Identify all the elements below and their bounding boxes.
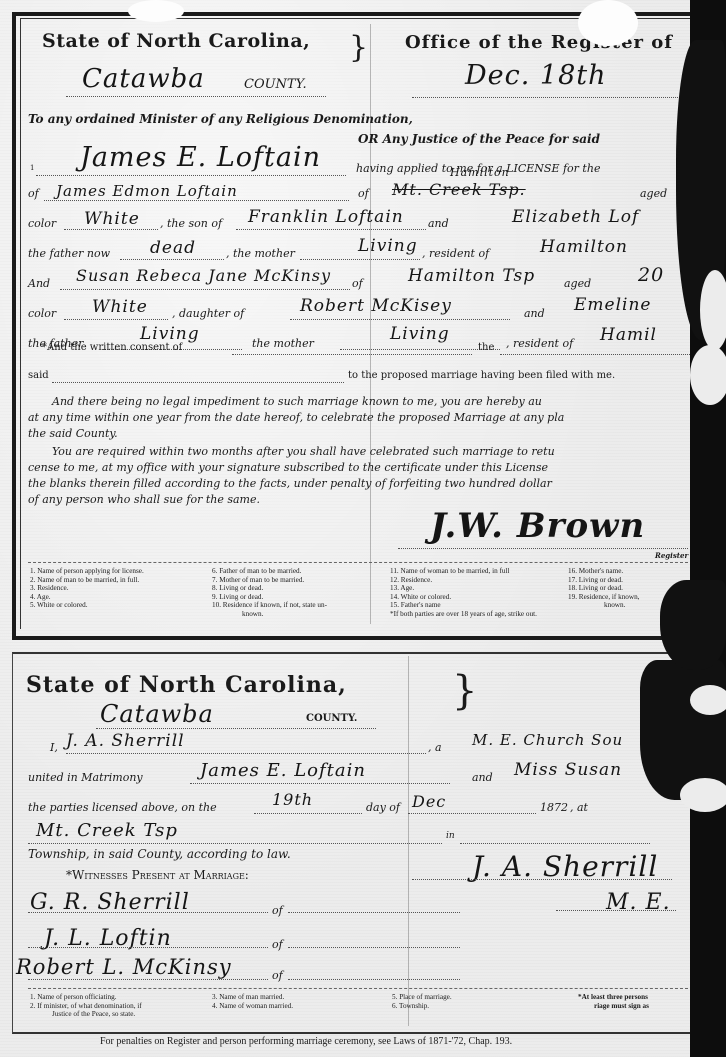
certificate-state-heading: State of North Carolina, bbox=[26, 672, 347, 698]
officiant-signature-title: M. E. bbox=[606, 890, 671, 915]
groom-color: White bbox=[84, 209, 140, 229]
groom-parents-residence: Hamilton bbox=[540, 237, 628, 257]
license-legend-col-4: 16. Mother's name.17. Living or dead.18.… bbox=[568, 567, 639, 610]
applicant-name: James E. Loftain bbox=[80, 142, 321, 173]
consent-line-2: to the proposed marriage having been fil… bbox=[348, 370, 615, 381]
groom-residence: Mt. Creek Tsp. bbox=[392, 180, 526, 199]
marriage-place: Mt. Creek Tsp bbox=[36, 820, 178, 841]
consent-line-1: *And the written consent of bbox=[42, 342, 182, 353]
penalties-footer: For penalties on Register and person per… bbox=[100, 1036, 512, 1047]
bride-residence: Hamilton Tsp bbox=[408, 266, 535, 286]
scanned-document: State of North Carolina, } Office of the… bbox=[0, 0, 726, 1057]
witnesses-heading: *Witnesses Present at Marriage: bbox=[66, 868, 249, 882]
certificate-legend-col-1: 1. Name of person officiating.2. If mini… bbox=[30, 993, 142, 1019]
certificate-brace: } bbox=[452, 668, 477, 714]
bride-parents-residence: Hamil bbox=[600, 325, 657, 345]
address-line-1: To any ordained Minister of any Religiou… bbox=[28, 112, 413, 126]
license-legend-col-3: 11. Name of woman to be married, in full… bbox=[390, 567, 537, 619]
license-date: Dec. 18th bbox=[465, 60, 607, 91]
bride-father-status: Living bbox=[140, 324, 200, 344]
certificate-legend-col-4: *At least three personsriage must sign a… bbox=[578, 993, 649, 1010]
license-county-name: Catawba bbox=[82, 64, 205, 94]
marriage-month: Dec bbox=[412, 792, 446, 811]
address-line-2: OR Any Justice of the Peace for said bbox=[358, 132, 600, 146]
marriage-day: 19th bbox=[272, 790, 313, 809]
certificate-legend-col-2: 3. Name of man married.4. Name of woman … bbox=[212, 993, 293, 1010]
heading-brace: } bbox=[349, 30, 368, 65]
bride-mother-status: Living bbox=[390, 324, 450, 344]
officiant-name: J. A. Sherrill bbox=[66, 731, 185, 751]
register-signature: J.W. Brown bbox=[430, 506, 645, 546]
bride-name: Susan Rebeca Jane McKinsy bbox=[76, 266, 331, 285]
punch-hole bbox=[578, 0, 638, 46]
witness-3-name: Robert L. McKinsy bbox=[16, 955, 232, 979]
certificate-groom-name: James E. Loftain bbox=[200, 760, 366, 781]
punch-hole bbox=[128, 0, 184, 22]
township-line: Township, in said County, according to l… bbox=[28, 847, 291, 861]
bride-age: 20 bbox=[638, 264, 664, 286]
license-state-heading: State of North Carolina, bbox=[42, 30, 310, 52]
officiant-denomination: M. E. Church Sou bbox=[472, 731, 623, 749]
bride-color: White bbox=[92, 297, 148, 317]
groom-residence-correction: Hamilton bbox=[450, 166, 510, 179]
bride-mother: Emeline bbox=[574, 295, 651, 315]
groom-father-status: dead bbox=[150, 238, 196, 258]
groom-father: Franklin Loftain bbox=[248, 207, 404, 227]
groom-mother-status: Living bbox=[358, 236, 418, 256]
bride-father: Robert McKisey bbox=[300, 296, 452, 316]
return-requirement-paragraph: You are required within two months after… bbox=[52, 445, 555, 458]
groom-full-name: James Edmon Loftain bbox=[56, 182, 238, 200]
authorization-paragraph-1: And there being no legal impediment to s… bbox=[52, 395, 542, 408]
certificate-county-name: Catawba bbox=[100, 700, 214, 728]
register-label: Register bbox=[655, 551, 688, 560]
license-legend-col-2: 6. Father of man to be married.7. Mother… bbox=[212, 567, 327, 619]
license-legend-col-1: 1. Name of person applying for license.2… bbox=[30, 567, 144, 610]
certificate-bride-name: Miss Susan bbox=[514, 760, 622, 780]
marriage-year: 1872 bbox=[540, 801, 568, 814]
certificate-legend-col-3: 5. Place of marriage.6. Township. bbox=[392, 993, 452, 1010]
groom-mother: Elizabeth Lof bbox=[512, 207, 639, 227]
license-county-label: COUNTY. bbox=[244, 77, 307, 92]
